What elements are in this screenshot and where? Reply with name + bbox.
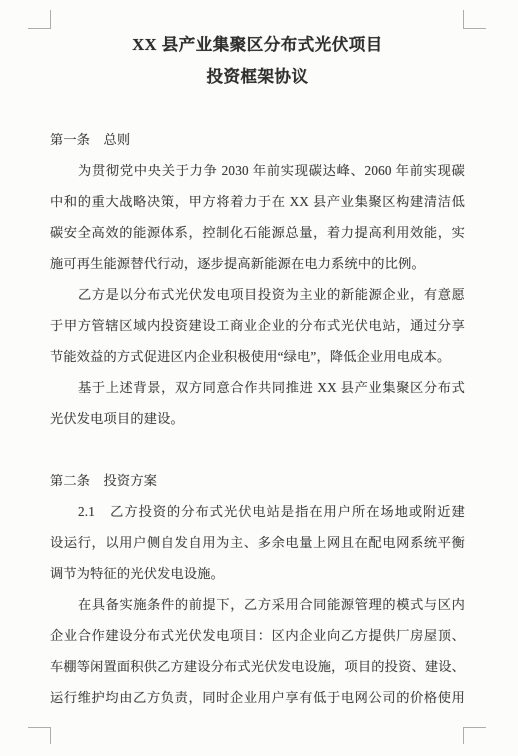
text-line: 节能效益的方式促进区内企业积极使用“绿电”，降低企业用电成本。 — [50, 341, 465, 372]
text-line: 车棚等闲置面积供乙方建设分布式光伏发电设施，项目的投资、建设、 — [50, 651, 465, 682]
paragraph: 2.1 乙方投资的分布式光伏电站是指在用户所在场地或附近建设运行，以用户侧自发自… — [50, 496, 465, 589]
paragraph: 在具备实施条件的前提下，乙方采用合同能源管理的模式与区内企业合作建设分布式光伏发… — [50, 589, 465, 713]
document-body: 第一条 总则为贯彻党中央关于力争 2030 年前实现碳达峰、2060 年前实现碳… — [50, 124, 465, 713]
text-line: 调节为特征的光伏发电设施。 — [50, 558, 465, 589]
crop-mark-top-left — [28, 10, 51, 29]
text-line: 在具备实施条件的前提下，乙方采用合同能源管理的模式与区内 — [50, 589, 465, 620]
text-line: 光伏发电项目的建设。 — [50, 403, 465, 434]
blank-line — [50, 434, 465, 465]
document-page: XX 县产业集聚区分布式光伏项目 投资框架协议 第一条 总则为贯彻党中央关于力争… — [0, 0, 518, 756]
document-title: XX 县产业集聚区分布式光伏项目 投资框架协议 — [50, 29, 465, 93]
title-line-1: XX 县产业集聚区分布式光伏项目 — [50, 29, 465, 61]
text-line: 2.1 乙方投资的分布式光伏电站是指在用户所在场地或附近建 — [50, 496, 465, 527]
text-line: 中和的重大战略决策，甲方将着力于在 XX 县产业集聚区构建清洁低 — [50, 186, 465, 217]
text-line: 基于上述背景，双方同意合作共同推进 XX 县产业集聚区分布式 — [50, 372, 465, 403]
paragraph: 基于上述背景，双方同意合作共同推进 XX 县产业集聚区分布式光伏发电项目的建设。 — [50, 372, 465, 434]
paragraph: 为贯彻党中央关于力争 2030 年前实现碳达峰、2060 年前实现碳中和的重大战… — [50, 155, 465, 279]
text-line: 设运行，以用户侧自发自用为主、多余电量上网且在配电网系统平衡 — [50, 527, 465, 558]
text-line: 企业合作建设分布式光伏发电项目：区内企业向乙方提供厂房屋顶、 — [50, 620, 465, 651]
section-heading: 第二条 投资方案 — [50, 465, 465, 496]
text-line: 碳安全高效的能源体系，控制化石能源总量，着力提高利用效能，实 — [50, 217, 465, 248]
text-line: 施可再生能源替代行动，逐步提高新能源在电力系统中的比例。 — [50, 248, 465, 279]
crop-mark-top-right — [463, 10, 486, 29]
text-line: 乙方是以分布式光伏发电项目投资为主业的新能源企业，有意愿 — [50, 279, 465, 310]
crop-mark-bottom-left — [28, 727, 51, 744]
text-line: 运行维护均由乙方负责，同时企业用户享有低于电网公司的价格使用 — [50, 682, 465, 713]
crop-mark-bottom-right — [463, 727, 486, 744]
title-line-2: 投资框架协议 — [50, 61, 465, 93]
text-line: 为贯彻党中央关于力争 2030 年前实现碳达峰、2060 年前实现碳 — [50, 155, 465, 186]
text-line: 于甲方管辖区域内投资建设工商业企业的分布式光伏电站，通过分享 — [50, 310, 465, 341]
paragraph: 乙方是以分布式光伏发电项目投资为主业的新能源企业，有意愿于甲方管辖区域内投资建设… — [50, 279, 465, 372]
section-heading: 第一条 总则 — [50, 124, 465, 155]
